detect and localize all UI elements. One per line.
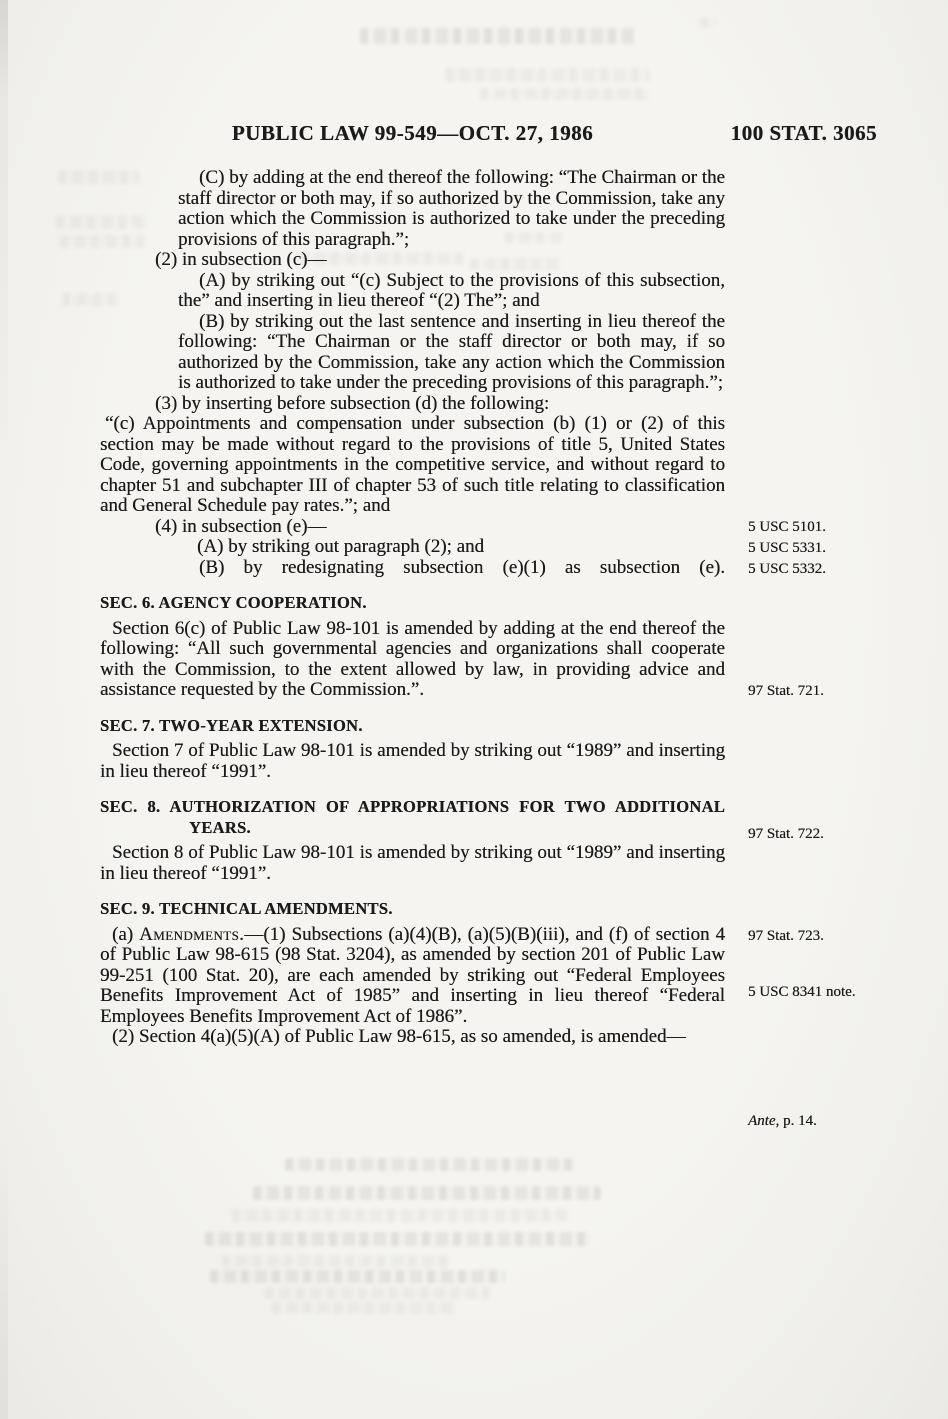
bleed-through-smudge [272, 1302, 457, 1314]
bleed-through-smudge [265, 1287, 490, 1299]
paragraph-c: (C) by adding at the end thereof the fol… [100, 168, 725, 250]
page-header-stat-number: 100 STAT. 3065 [695, 121, 877, 146]
bleed-through-smudge [700, 18, 716, 27]
page-header-law-title: PUBLIC LAW 99-549—OCT. 27, 1986 [100, 121, 725, 146]
bleed-through-smudge [360, 28, 635, 44]
statute-text-column: (C) by adding at the end thereof the fol… [100, 168, 725, 1048]
bleed-through-smudge [480, 88, 650, 100]
margin-note-usc-8341: 5 USC 8341 note. [748, 983, 856, 1002]
bleed-through-smudge [285, 1158, 575, 1171]
bleed-through-smudge [210, 1270, 505, 1283]
bleed-through-smudge [232, 1209, 567, 1222]
ante-rest: , p. 14. [776, 1113, 817, 1129]
ante-italic: Ante [748, 1113, 776, 1129]
sec9-heading: SEC. 9. TECHNICAL AMENDMENTS. [100, 899, 725, 920]
margin-note-stat-722: 97 Stat. 722. [748, 825, 824, 844]
scan-edge-shadow [0, 0, 8, 1419]
paragraph-2b: (B) by striking out the last sentence an… [100, 312, 725, 394]
item-3: (3) by inserting before subsection (d) t… [100, 394, 725, 415]
sec9a-prefix: (a) [112, 924, 139, 945]
bleed-through-smudge [205, 1232, 590, 1246]
bleed-through-smudge [222, 1255, 452, 1267]
margin-note-stat-723: 97 Stat. 723. [748, 927, 824, 946]
bleed-through-smudge [253, 1186, 601, 1200]
item-4: (4) in subsection (e)— [100, 517, 725, 538]
sec8-heading: SEC. 8. AUTHORIZATION OF APPROPRIATIONS … [100, 797, 725, 838]
paragraph-4b: (B) by redesignating subsection (e)(1) a… [100, 558, 725, 579]
margin-note-ante: Ante, p. 14. [748, 1112, 817, 1131]
margin-note-usc-5101: 5 USC 5101. [748, 518, 826, 537]
sec7-heading: SEC. 7. TWO-YEAR EXTENSION. [100, 716, 725, 737]
sec7-paragraph: Section 7 of Public Law 98-101 is amende… [100, 741, 725, 782]
paragraph-appointments: “(c) Appointments and compensation under… [100, 414, 725, 517]
sec8-paragraph: Section 8 of Public Law 98-101 is amende… [100, 843, 725, 884]
paragraph-4a: (A) by striking out paragraph (2); and [100, 537, 725, 558]
margin-note-stat-721: 97 Stat. 721. [748, 682, 824, 701]
paragraph-2a: (A) by striking out “(c) Subject to the … [100, 271, 725, 312]
sec9-paragraph-a: (a) Amendments.—(1) Subsections (a)(4)(B… [100, 925, 725, 1028]
margin-note-usc-5331: 5 USC 5331. [748, 539, 826, 558]
scanned-statute-page: PUBLIC LAW 99-549—OCT. 27, 1986 100 STAT… [0, 0, 948, 1419]
sec6-heading: SEC. 6. AGENCY COOPERATION. [100, 593, 725, 614]
margin-note-usc-5332: 5 USC 5332. [748, 560, 826, 579]
sec9a-smallcaps-label: Amendments. [139, 924, 244, 945]
sec6-paragraph: Section 6(c) of Public Law 98-101 is ame… [100, 619, 725, 701]
sec9-paragraph-2: (2) Section 4(a)(5)(A) of Public Law 98-… [100, 1027, 725, 1048]
item-2: (2) in subsection (c)— [100, 250, 725, 271]
bleed-through-smudge [445, 68, 650, 82]
